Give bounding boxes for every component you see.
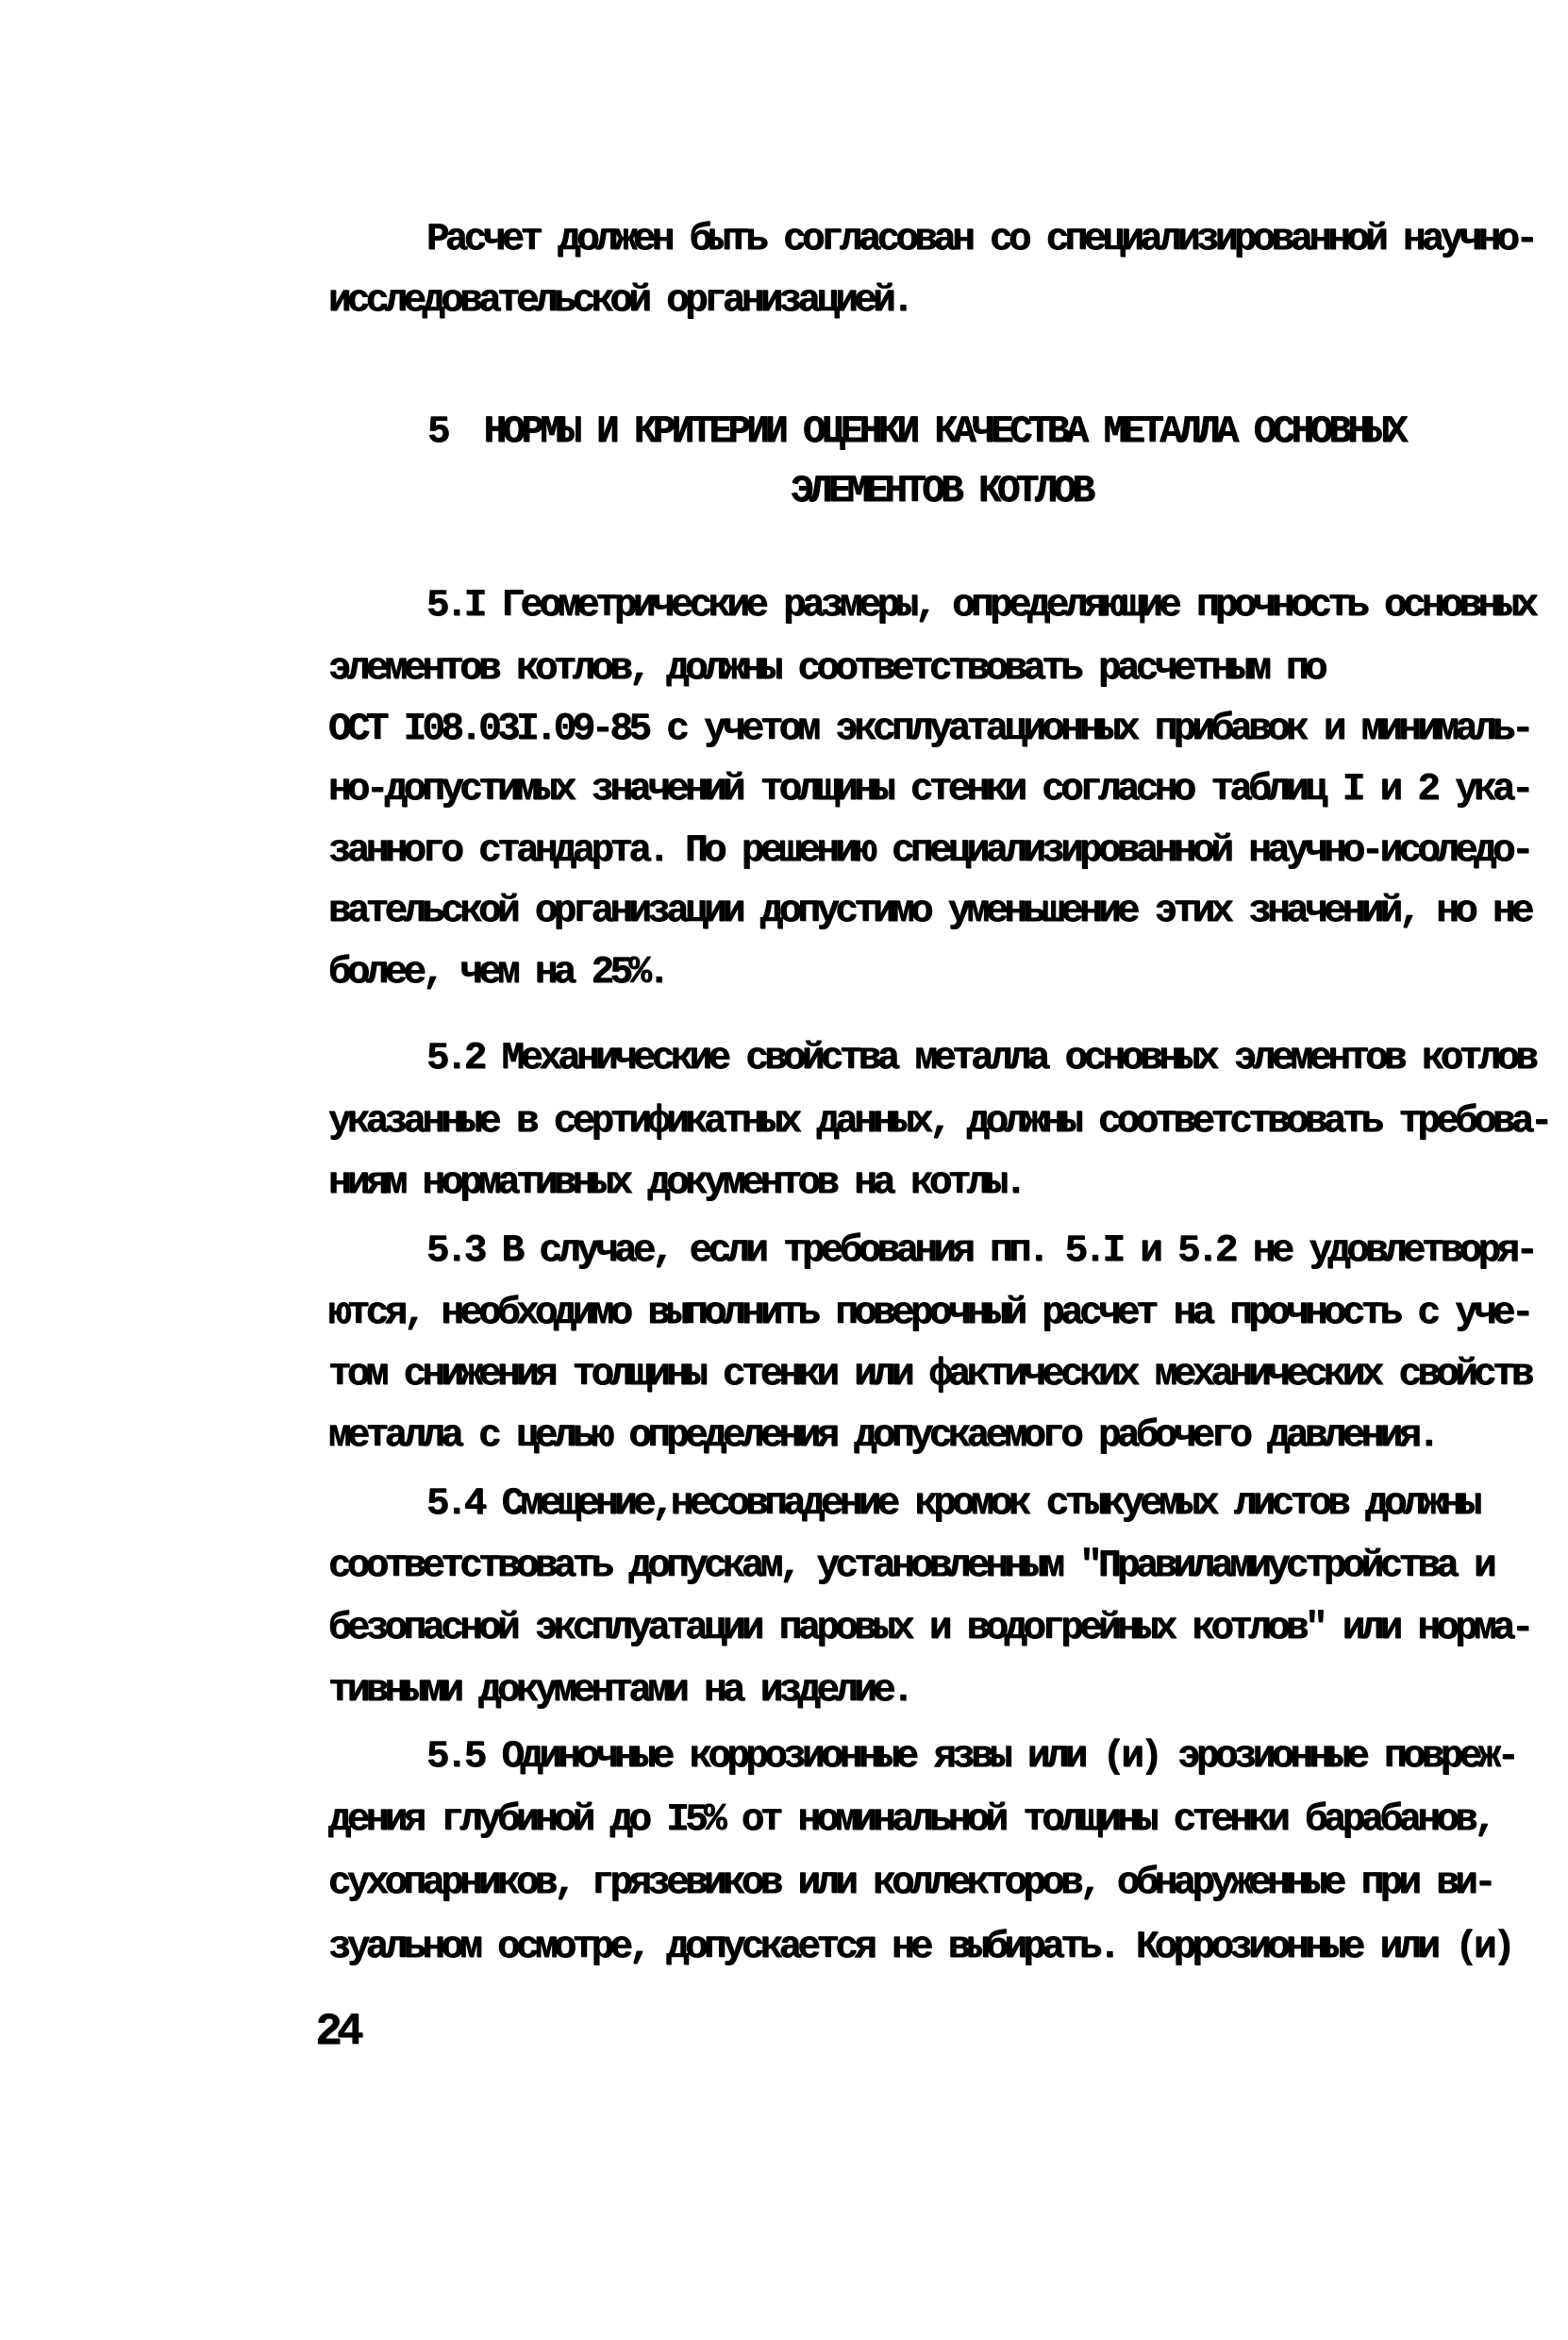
clause-5-3-line-4: металла с целью определения допускаемого… (328, 1417, 1436, 1456)
clause-5-1-line-2: элементов котлов, должны соответствовать… (328, 650, 1324, 689)
clause-5-5-line-4: зуальном осмотре, допускается не выбират… (328, 1929, 1511, 1967)
section-heading-line-2: ЭЛЕМЕНТОВ КОТЛОВ (791, 473, 1091, 511)
clause-5-3-line-3: том снижения толщины стенки или фактичес… (328, 1356, 1530, 1395)
clause-5-4-line-2: соответствовать допускам, установленным … (328, 1547, 1493, 1586)
clause-5-4-line-1: 5.4 Смещение,несовпадение кромок стыкуем… (426, 1485, 1478, 1524)
intro-line-1: Расчет должен быть согласован со специал… (426, 221, 1534, 259)
intro-line-2: исследовательской организацией. (328, 282, 910, 321)
clause-5-1-line-3: ОСТ I08.03I.09-85 с учетом эксплуатацион… (328, 710, 1530, 749)
clause-5-2-line-1: 5.2 Механические свойства металла основн… (426, 1040, 1534, 1078)
clause-5-3-line-2: ются, необходимо выполнить поверочный ра… (328, 1295, 1530, 1333)
section-heading-line-1: 5 НОРМЫ И КРИТЕРИИ ОЦЕНКИ КАЧЕСТВА МЕТАЛ… (427, 413, 1404, 452)
page-number: 24 (315, 2010, 359, 2055)
clause-5-1-line-1: 5.I Геометрические размеры, определяющие… (426, 587, 1534, 626)
clause-5-5-line-1: 5.5 Одиночные коррозионные язвы или (и) … (426, 1738, 1515, 1777)
clause-5-3-line-1: 5.3 В случае, если требования пп. 5.I и … (426, 1232, 1534, 1271)
clause-5-4-line-3: безопасной эксплуатации паровых и водогр… (328, 1610, 1530, 1648)
clause-5-1-line-6: вательской организации допустимо уменьше… (328, 893, 1530, 931)
clause-5-1-line-5: занного стандарта. По решению специализи… (328, 832, 1530, 871)
clause-5-2-line-2: указанные в сертификатных данных, должны… (328, 1103, 1549, 1142)
clause-5-5-line-2: дения глубиной до I5% от номинальной тол… (328, 1801, 1493, 1840)
clause-5-2-line-3: ниям нормативных документов на котлы. (328, 1164, 1023, 1203)
clause-5-1-line-7: более, чем на 25%. (328, 954, 666, 993)
clause-5-4-line-4: тивными документами на изделие. (328, 1672, 910, 1711)
clause-5-5-line-3: сухопарников, грязевиков или коллекторов… (328, 1864, 1493, 1903)
clause-5-1-line-4: но-допустимых значений толщины стенки со… (328, 771, 1530, 810)
scanned-document-page: Расчет должен быть согласован со специал… (0, 0, 1568, 2340)
